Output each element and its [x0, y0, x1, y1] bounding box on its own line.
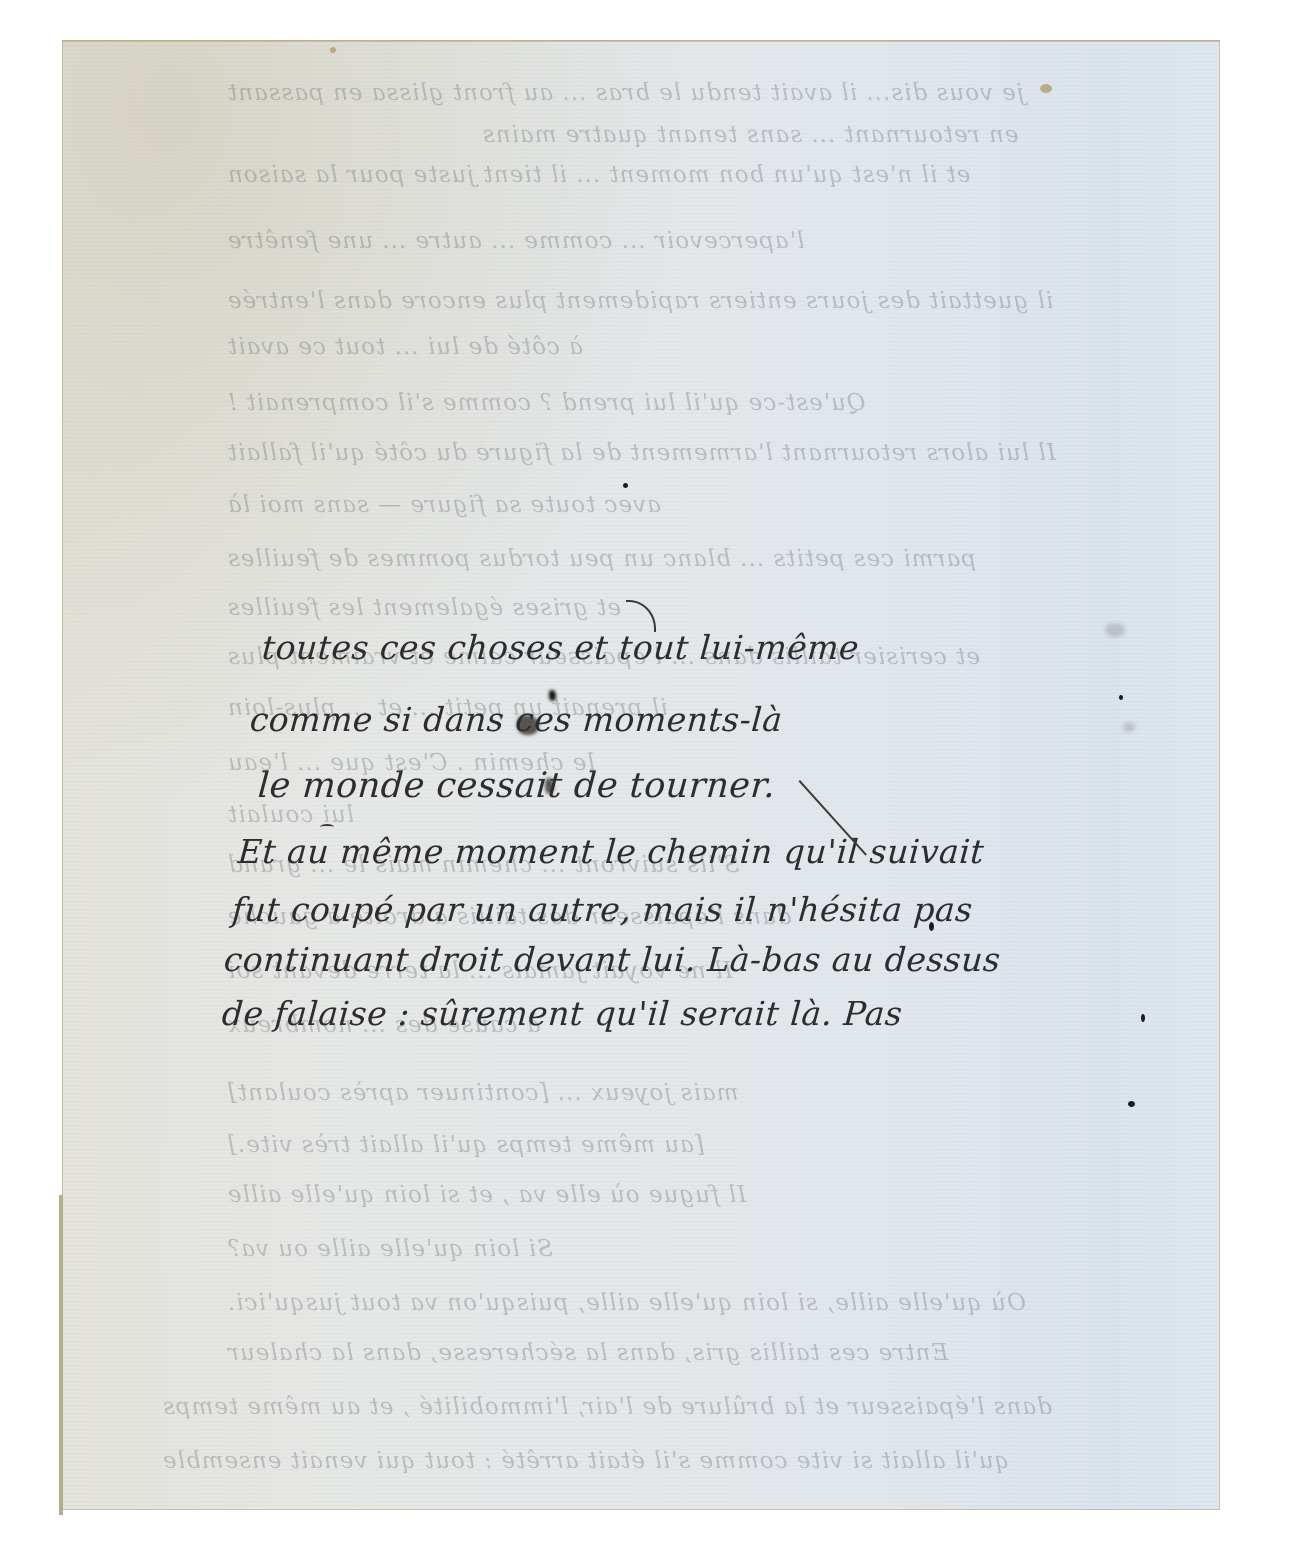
handwritten-line: fut coupé par un autre, mais il n'hésita…: [231, 890, 975, 929]
handwritten-line: toutes ces choses et tout lui-même: [261, 628, 861, 667]
margin-speck: [1141, 1014, 1145, 1022]
underlying-sheet-edge: [59, 1195, 63, 1515]
handwritten-line: de falaise : sûrement qu'il serait là. P…: [221, 994, 904, 1033]
paper-stain: [1040, 84, 1052, 93]
paper-stain: [330, 47, 336, 53]
margin-speck: [623, 483, 628, 488]
handwritten-line: comme si dans ces moments-là: [249, 700, 784, 739]
margin-smudge: [1123, 722, 1135, 732]
handwritten-line: continuant droit devant lui. Là-bas au d…: [223, 940, 1002, 979]
margin-speck: [1128, 1101, 1135, 1107]
handwritten-line: le monde cessait de tourner.: [257, 766, 777, 806]
margin-speck: [1119, 695, 1123, 700]
margin-smudge: [1105, 623, 1125, 637]
handwritten-line: Et au même moment le chemin qu'il suivai…: [237, 832, 986, 871]
tilde-mark: [320, 824, 334, 830]
